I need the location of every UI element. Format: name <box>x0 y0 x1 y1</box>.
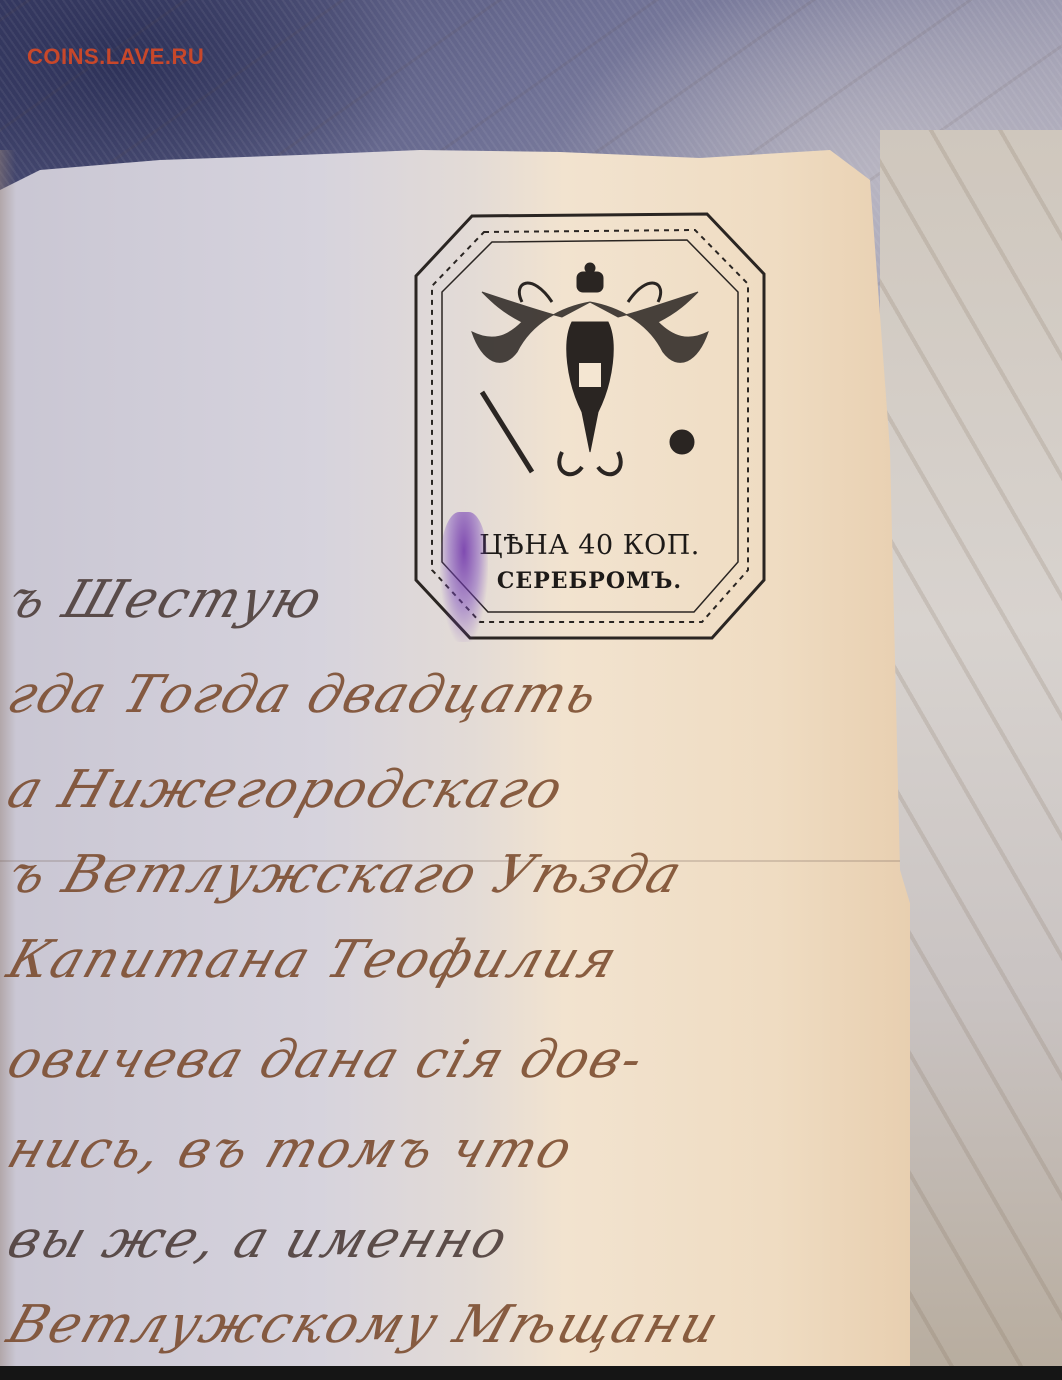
handwriting-line-6: овичева дана сія дов- <box>0 1030 652 1090</box>
double-headed-eagle-icon <box>472 263 708 474</box>
violet-ink-blot <box>440 512 488 642</box>
handwriting-line-9: Ветлужскому Мѣщани <box>0 1295 727 1355</box>
bottom-black-bar <box>0 1366 1062 1380</box>
photo-scene: ЦѢНА 40 КОП. СЕРЕБРОМЪ. ъ Шестую гда Тог… <box>0 0 1062 1366</box>
handwriting-line-5: Капитана Теофилия <box>0 930 626 990</box>
handwriting-line-8: вы же, а именно <box>0 1210 516 1270</box>
handwriting-line-1: ъ Шестую <box>0 570 331 630</box>
handwriting-line-2: гда Тогда двадцать <box>0 665 607 725</box>
handwriting-line-3: а Нижегородскаго <box>0 760 572 820</box>
site-watermark: COINS.LAVE.RU <box>27 44 204 70</box>
paper-fold-edge <box>0 150 16 1366</box>
handwriting-line-4: ъ Ветлужскаго Уѣзда <box>0 845 690 905</box>
handwriting-line-7: нись, въ томъ что <box>0 1120 581 1180</box>
